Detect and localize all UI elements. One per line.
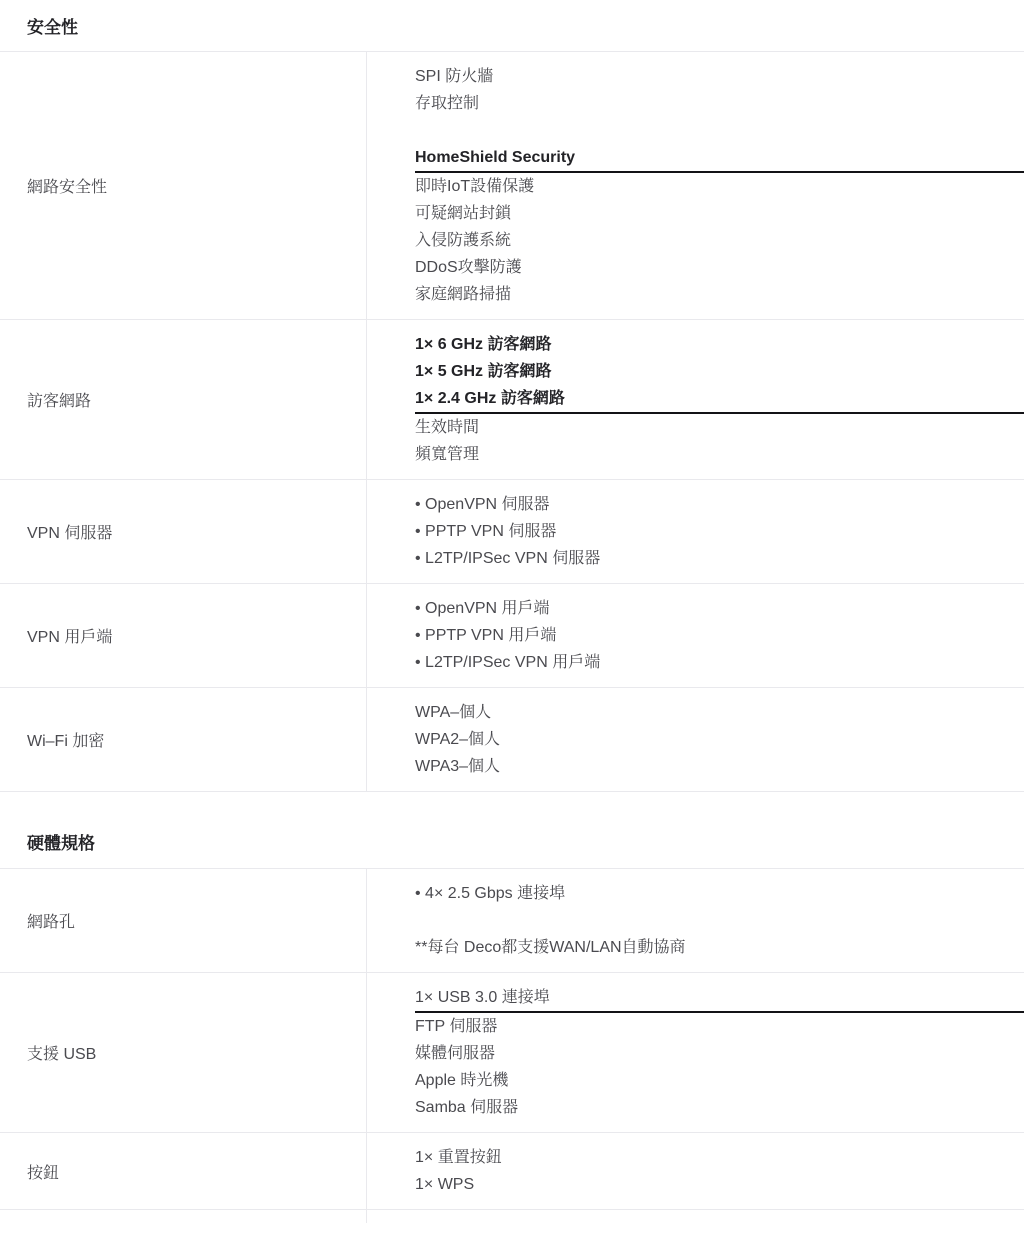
- spec-line: Samba 伺服器: [415, 1094, 1024, 1121]
- section-title: 硬體規格: [27, 833, 95, 855]
- spec-line: 1× WPS: [415, 1171, 1024, 1198]
- spec-line: WPA2–個人: [415, 726, 1024, 753]
- cutoff-row-value-cell: [367, 1210, 1024, 1232]
- spec-row-value: • 4× 2.5 Gbps 連接埠**每台 Deco都支援WAN/LAN自動協商: [367, 869, 1024, 972]
- spec-line-blank: [415, 907, 1024, 934]
- spec-line: • L2TP/IPSec VPN 用戶端: [415, 649, 1024, 676]
- spec-row-label: 訪客網路: [0, 320, 367, 479]
- cutoff-row-stub: [0, 1210, 1024, 1223]
- spec-row: 網路孔• 4× 2.5 Gbps 連接埠**每台 Deco都支援WAN/LAN自…: [0, 869, 1024, 973]
- spec-row-label: 網路孔: [0, 869, 367, 972]
- spec-row-label: VPN 伺服器: [0, 480, 367, 583]
- spec-line: 媒體伺服器: [415, 1040, 1024, 1067]
- spec-line: 入侵防護系統: [415, 227, 1024, 254]
- spec-line: 1× 5 GHz 訪客網路: [415, 358, 1024, 385]
- spec-line: • 4× 2.5 Gbps 連接埠: [415, 880, 1024, 907]
- spec-row: 網路安全性SPI 防火牆存取控制HomeShield Security即時IoT…: [0, 52, 1024, 320]
- spec-sections: 安全性網路安全性SPI 防火牆存取控制HomeShield Security即時…: [0, 0, 1024, 1210]
- spec-row-label: Wi–Fi 加密: [0, 688, 367, 791]
- spec-line: 1× 2.4 GHz 訪客網路: [415, 385, 1024, 414]
- spec-line: 1× 重置按鈕: [415, 1144, 1024, 1171]
- spec-line: FTP 伺服器: [415, 1013, 1024, 1040]
- spec-row-label: 按鈕: [0, 1133, 367, 1209]
- section-title: 安全性: [27, 17, 78, 39]
- spec-line: **每台 Deco都支援WAN/LAN自動協商: [415, 934, 1024, 961]
- spec-row-value: • OpenVPN 伺服器• PPTP VPN 伺服器• L2TP/IPSec …: [367, 480, 1024, 583]
- spec-line: WPA–個人: [415, 699, 1024, 726]
- spec-line: 即時IoT設備保護: [415, 173, 1024, 200]
- spec-line: WPA3–個人: [415, 753, 1024, 780]
- spec-line: 家庭網路掃描: [415, 281, 1024, 308]
- spec-line: 1× USB 3.0 連接埠: [415, 984, 1024, 1013]
- section-header-band: 安全性: [0, 0, 1024, 52]
- product-spec-table: 安全性網路安全性SPI 防火牆存取控制HomeShield Security即時…: [0, 0, 1024, 1223]
- cutoff-row-label-cell: [0, 1210, 367, 1223]
- spec-row-value: WPA–個人WPA2–個人WPA3–個人: [367, 688, 1024, 791]
- spec-row-value: • OpenVPN 用戶端• PPTP VPN 用戶端• L2TP/IPSec …: [367, 584, 1024, 687]
- spec-line: DDoS攻擊防護: [415, 254, 1024, 281]
- spec-row: Wi–Fi 加密WPA–個人WPA2–個人WPA3–個人: [0, 688, 1024, 792]
- spec-row-value: 1× 重置按鈕1× WPS: [367, 1133, 1024, 1209]
- spec-row: 訪客網路1× 6 GHz 訪客網路1× 5 GHz 訪客網路1× 2.4 GHz…: [0, 320, 1024, 480]
- spec-line: 生效時間: [415, 414, 1024, 441]
- spec-row-value: SPI 防火牆存取控制HomeShield Security即時IoT設備保護可…: [367, 52, 1024, 319]
- spec-row: VPN 用戶端• OpenVPN 用戶端• PPTP VPN 用戶端• L2TP…: [0, 584, 1024, 688]
- spec-line: Apple 時光機: [415, 1067, 1024, 1094]
- spec-row: 支援 USB1× USB 3.0 連接埠FTP 伺服器媒體伺服器Apple 時光…: [0, 973, 1024, 1133]
- spec-line: • OpenVPN 用戶端: [415, 595, 1024, 622]
- spec-line: HomeShield Security: [415, 144, 1024, 173]
- spec-line: 1× 6 GHz 訪客網路: [415, 331, 1024, 358]
- spec-row: VPN 伺服器• OpenVPN 伺服器• PPTP VPN 伺服器• L2TP…: [0, 480, 1024, 584]
- spec-row-label: 支援 USB: [0, 973, 367, 1132]
- spec-line: • PPTP VPN 用戶端: [415, 622, 1024, 649]
- section-header-band: 硬體規格: [0, 792, 1024, 869]
- spec-row-label: 網路安全性: [0, 52, 367, 319]
- spec-row-label: VPN 用戶端: [0, 584, 367, 687]
- spec-row-value: 1× USB 3.0 連接埠FTP 伺服器媒體伺服器Apple 時光機Samba…: [367, 973, 1024, 1132]
- spec-line: SPI 防火牆: [415, 63, 1024, 90]
- spec-line: • PPTP VPN 伺服器: [415, 518, 1024, 545]
- spec-line: 頻寬管理: [415, 441, 1024, 468]
- spec-row: 按鈕1× 重置按鈕1× WPS: [0, 1133, 1024, 1210]
- spec-line-blank: [415, 117, 1024, 144]
- spec-row-value: 1× 6 GHz 訪客網路1× 5 GHz 訪客網路1× 2.4 GHz 訪客網…: [367, 320, 1024, 479]
- spec-line: 可疑網站封鎖: [415, 200, 1024, 227]
- spec-line: 存取控制: [415, 90, 1024, 117]
- spec-line: • OpenVPN 伺服器: [415, 491, 1024, 518]
- spec-line: • L2TP/IPSec VPN 伺服器: [415, 545, 1024, 572]
